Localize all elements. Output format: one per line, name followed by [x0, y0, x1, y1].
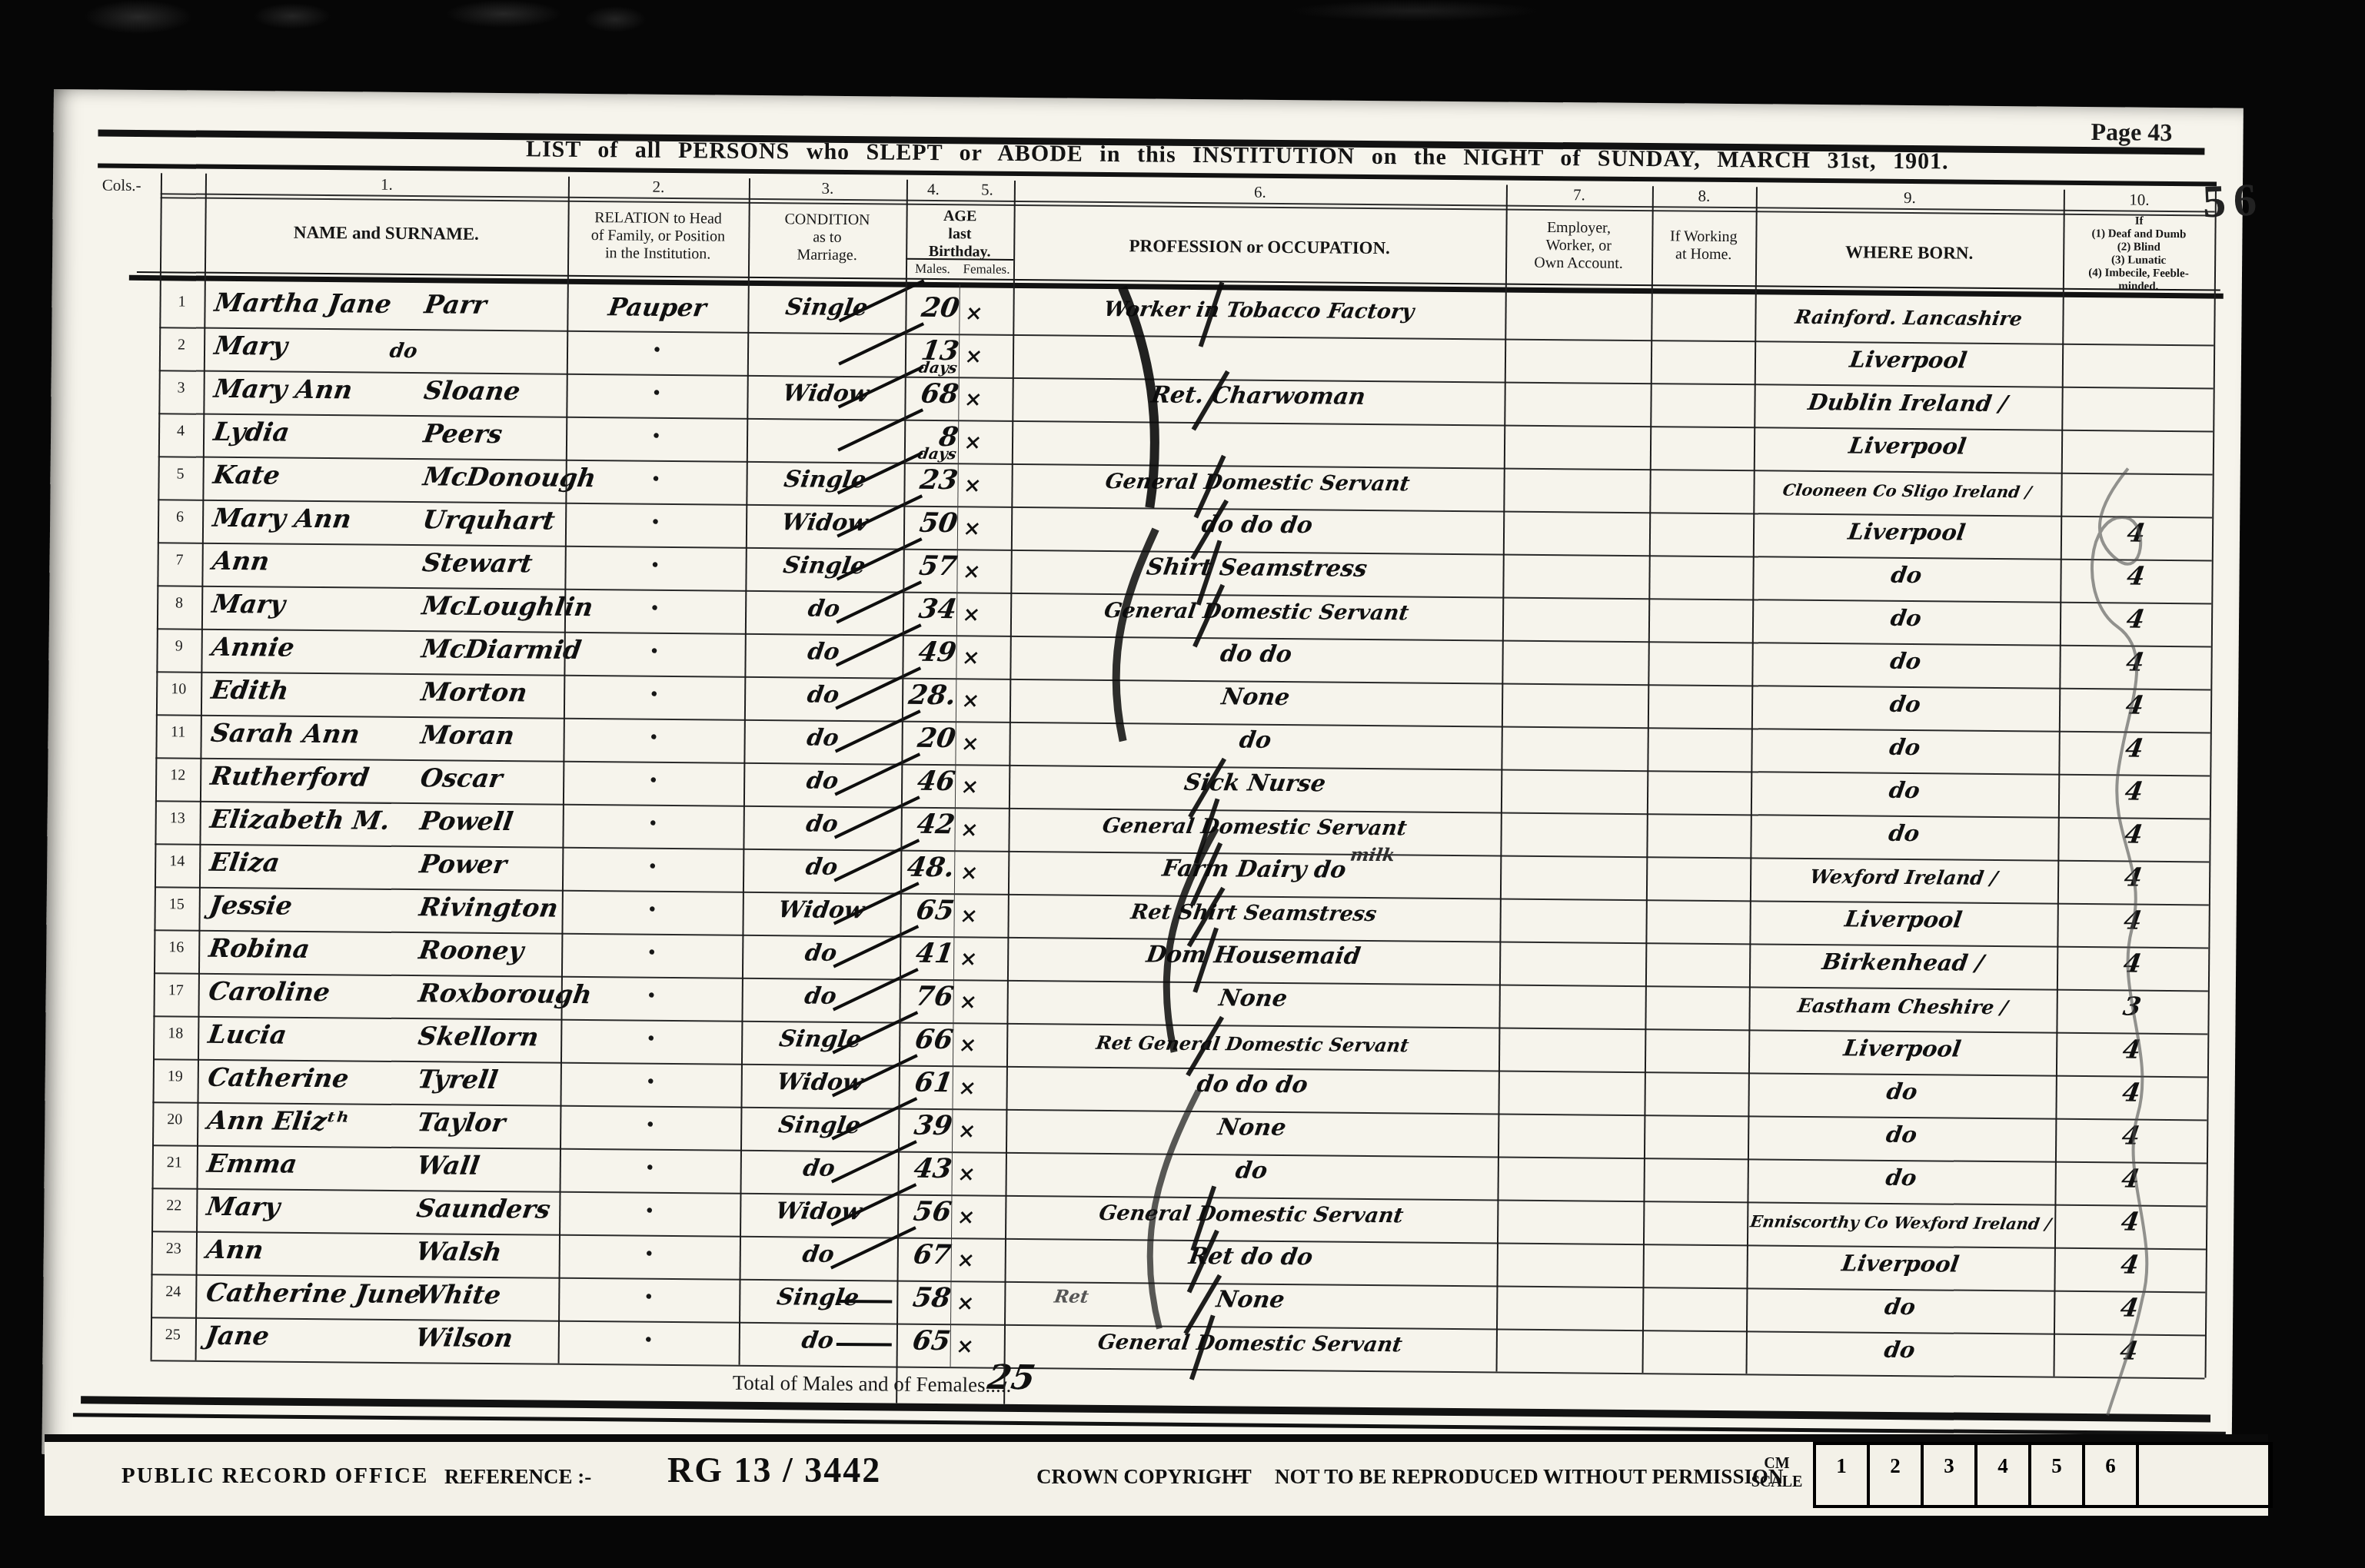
row-number: 15 — [155, 895, 199, 914]
age-value: 67 — [864, 1238, 953, 1271]
where-born-cell: do — [1751, 603, 2062, 632]
occupation-cell: Ret General Domestic Servant — [1005, 1031, 1500, 1058]
infirmity-cell: 4 — [2052, 1249, 2208, 1281]
occupation-cell: General Domestic Servant — [1009, 598, 1505, 626]
name-surname: Rooney — [417, 935, 525, 965]
cm-scale-cell: 2 — [1870, 1445, 1924, 1505]
name-given: Jessie — [208, 890, 294, 921]
where-born-cell: Wexford Ireland / — [1748, 865, 2059, 889]
age-value: 39 — [865, 1109, 954, 1141]
age-value: 65 — [863, 1324, 953, 1357]
age-value: 46 — [868, 765, 957, 797]
occupation-cell: Ret do do — [1003, 1241, 1498, 1273]
female-mark: × — [957, 990, 978, 1014]
relation-cell: · — [563, 804, 743, 842]
relation-cell: · — [566, 417, 747, 454]
age-value: 28. — [869, 679, 958, 711]
relation-cell: · — [558, 1321, 739, 1358]
occupation-cell: Sick Nurse — [1007, 768, 1503, 799]
infirmity-cell: 4 — [2057, 689, 2213, 721]
col-number-3: 3. — [749, 178, 906, 199]
row-number: 11 — [156, 723, 201, 742]
occupation-note: milk — [1349, 845, 1396, 865]
name-surname: Saunders — [414, 1193, 552, 1224]
name-surname: Urquhart — [421, 504, 557, 535]
relation-cell: · — [566, 374, 747, 411]
occupation-cell: Worker in Tobacco Factory — [1011, 297, 1507, 325]
relation-cell: · — [559, 1191, 740, 1229]
name-given: Elizabeth M. — [208, 804, 392, 835]
where-born-cell: do — [1749, 733, 2061, 761]
age-subheader-males: Males. — [906, 261, 960, 277]
name-given: Edith — [209, 675, 291, 706]
row-number: 12 — [155, 766, 200, 785]
age-value: 43 — [865, 1152, 954, 1184]
name-given: Ann — [205, 1234, 265, 1265]
occupation-cell: General Domestic Servant — [1006, 813, 1502, 842]
age-value: 49 — [870, 636, 959, 668]
relation-cell: · — [562, 847, 743, 885]
name-given: Mary Ann — [211, 503, 353, 534]
name-surname: Wilson — [414, 1322, 515, 1353]
col-number-7: 7. — [1506, 184, 1652, 205]
name-surname: Power — [417, 849, 509, 879]
row-number: 23 — [151, 1240, 196, 1258]
age-value: 50 — [870, 507, 960, 539]
name-given: Mary — [205, 1191, 281, 1222]
cm-scale-ruler: 123456 — [1813, 1442, 2273, 1508]
relation-cell: · — [560, 1062, 741, 1100]
col-number-5: 5. — [960, 180, 1014, 200]
row-number: 9 — [157, 637, 201, 656]
occupation-cell: Dom Housemaid — [1006, 940, 1502, 972]
where-born-cell: do — [1744, 1335, 2055, 1364]
female-mark: × — [963, 344, 984, 368]
col-header-infirmity: If (1) Deaf and Dumb (2) Blind (3) Lunat… — [2063, 214, 2215, 294]
row-number: 20 — [152, 1111, 197, 1129]
census-page-scan: Page 43 LIST of all PERSONS who SLEPT or… — [42, 89, 2244, 1473]
female-mark: × — [962, 517, 983, 540]
relation-cell: · — [564, 589, 745, 626]
age-value: 20 — [873, 291, 962, 324]
where-born-cell: Dublin Ireland / — [1752, 388, 2064, 417]
where-born-cell: Birkenhead / — [1748, 948, 2059, 976]
name-surname: Stewart — [421, 547, 534, 578]
occupation-cell: Shirt Seamstress — [1009, 553, 1505, 584]
name-surname: Peers — [421, 418, 504, 449]
name-given: Rutherford — [208, 761, 371, 792]
col-number-9: 9. — [1756, 187, 2064, 208]
name-surname: Taylor — [415, 1107, 507, 1138]
female-mark: × — [956, 1162, 976, 1186]
name-given: Catherine June — [204, 1277, 423, 1309]
col-header-name: NAME and SURNAME. — [205, 223, 567, 244]
female-mark: × — [961, 603, 982, 626]
female-mark: × — [955, 1248, 976, 1272]
occupation-cell: do do do — [1010, 510, 1505, 541]
female-mark: × — [958, 904, 979, 928]
col-header-relation: RELATION to Head of Family, or Position … — [567, 209, 749, 264]
occupation-cell: Farm Dairy do — [1006, 854, 1502, 885]
infirmity-cell: 4 — [2056, 819, 2212, 850]
row-number: 18 — [153, 1025, 198, 1043]
col-number-8: 8. — [1652, 186, 1756, 206]
infirmity-cell: 4 — [2054, 1034, 2210, 1065]
col-header-where-born: WHERE BORN. — [1755, 242, 2063, 262]
name-given: Emma — [205, 1148, 299, 1179]
occupation-cell: Ret Shirt Seamstress — [1006, 899, 1502, 928]
age-value: 61 — [866, 1066, 955, 1098]
relation-cell: · — [563, 718, 743, 756]
name-surname: Morton — [419, 676, 529, 707]
name-given: Lucia — [206, 1019, 288, 1050]
row-number: 4 — [158, 422, 203, 440]
female-mark: × — [963, 301, 984, 325]
where-born-cell: Liverpool — [1752, 431, 2064, 460]
relation-cell: · — [562, 890, 743, 928]
relation-cell: · — [564, 546, 745, 583]
relation-cell: · — [565, 460, 746, 497]
col-number-1: 1. — [205, 174, 568, 196]
female-mark: × — [962, 473, 983, 497]
row-number: 24 — [151, 1283, 195, 1301]
occupation-cell: do — [1003, 1155, 1499, 1187]
col-number-2: 2. — [568, 177, 749, 198]
where-born-cell: Liverpool — [1747, 1034, 2058, 1062]
female-mark: × — [963, 387, 983, 411]
name-surname: Oscar — [418, 762, 504, 793]
name-surname: Skellorn — [416, 1021, 541, 1051]
row-number: 1 — [159, 293, 204, 311]
infirmity-cell: 4 — [2057, 603, 2214, 635]
infirmity-cell: 4 — [2051, 1292, 2207, 1324]
name-given: Martha Jane — [213, 287, 394, 319]
where-born-cell: Clooneen Co Sligo Ireland / — [1752, 480, 2063, 501]
female-mark: × — [954, 1334, 975, 1358]
name-surname: do — [388, 340, 419, 363]
age-value: 65 — [867, 894, 956, 926]
name-given: Kate — [211, 460, 282, 490]
col-number-10: 10. — [2064, 190, 2215, 211]
infirmity-cell: 4 — [2058, 560, 2214, 592]
occupation-cell: None — [1004, 1112, 1500, 1144]
occupation-cell: do do — [1008, 639, 1504, 670]
where-born-cell: Rainford. Lancashire — [1753, 305, 2064, 330]
reference-label: REFERENCE :- — [444, 1465, 591, 1489]
relation-cell: · — [560, 1148, 740, 1186]
scan-artifact-blob — [254, 3, 331, 29]
relation-cell: · — [567, 331, 747, 368]
occupation-cell: General Domestic Servant — [1010, 469, 1505, 497]
col-header-occupation: PROFESSION or OCCUPATION. — [1013, 236, 1505, 258]
female-mark: × — [959, 818, 980, 842]
infirmity-cell: 4 — [2055, 905, 2211, 936]
name-surname: White — [414, 1279, 503, 1310]
name-surname: Wall — [415, 1150, 481, 1181]
name-given: Ann — [211, 546, 271, 576]
infirmity-cell: 3 — [2054, 991, 2210, 1022]
age-value: 20 — [869, 722, 958, 754]
row-number: 13 — [155, 809, 200, 828]
female-mark: × — [955, 1291, 976, 1315]
scan-artifact-blob — [446, 0, 561, 28]
name-given: Mary Ann — [212, 374, 354, 405]
name-given: Caroline — [207, 976, 332, 1007]
name-surname: Walsh — [414, 1236, 504, 1267]
relation-cell: · — [560, 1105, 740, 1143]
occupation-cell: do do do — [1004, 1069, 1500, 1101]
row-number: 3 — [159, 379, 204, 397]
relation-cell: · — [563, 761, 743, 799]
cols-label: Cols.- — [102, 176, 141, 195]
age-value: 56 — [864, 1195, 953, 1227]
occupation-cell: None — [1005, 983, 1501, 1015]
name-given: Robina — [207, 933, 311, 964]
row-number: 10 — [156, 680, 201, 699]
row-number: 5 — [158, 465, 203, 483]
row-number: 8 — [157, 594, 201, 613]
occupation-cell: General Domestic Servant — [1003, 1330, 1498, 1358]
col-header-working-at-home: If Working at Home. — [1652, 228, 1755, 264]
row-number: 22 — [151, 1197, 196, 1215]
where-born-cell: do — [1751, 560, 2062, 589]
female-mark: × — [959, 861, 980, 885]
relation-cell: · — [565, 503, 746, 540]
name-given: Catherine — [206, 1062, 351, 1094]
where-born-cell: do — [1746, 1120, 2057, 1148]
age-subheader-females: Females. — [960, 261, 1013, 277]
infirmity-cell: 4 — [2052, 1206, 2208, 1237]
female-mark: × — [956, 1076, 977, 1100]
margin-sequence-number: 56 — [2201, 173, 2265, 228]
where-born-cell: do — [1750, 646, 2061, 675]
relation-cell: · — [559, 1234, 740, 1272]
female-mark: × — [956, 1119, 977, 1143]
where-born-cell: do — [1746, 1077, 2057, 1105]
female-mark: × — [957, 1033, 978, 1057]
cm-scale-cell: 5 — [2031, 1445, 2085, 1505]
where-born-cell: Liverpool — [1745, 1249, 2056, 1277]
age-value: 66 — [866, 1023, 955, 1055]
female-mark: × — [960, 732, 980, 756]
female-mark: × — [960, 689, 981, 713]
occupation-cell: General Domestic Servant — [1003, 1201, 1499, 1229]
where-born-cell: Enniscorthy Co Wexford Ireland / — [1745, 1211, 2056, 1233]
where-born-cell: Liverpool — [1752, 345, 2064, 374]
female-mark: × — [963, 430, 983, 454]
female-mark: × — [961, 560, 982, 583]
age-value: 76 — [867, 980, 956, 1012]
age-value: 23 — [871, 463, 960, 496]
cm-scale-cell: 4 — [1977, 1445, 2031, 1505]
relation-cell: · — [560, 1019, 741, 1057]
row-number: 19 — [153, 1068, 198, 1086]
female-mark: × — [960, 775, 980, 799]
infirmity-cell: 4 — [2054, 1077, 2210, 1108]
infirmity-cell: 4 — [2056, 776, 2212, 807]
scan-artifact-blob — [584, 6, 646, 32]
name-surname: Tyrell — [416, 1064, 500, 1095]
name-given: Annie — [210, 632, 297, 663]
infirmity-cell: 4 — [2053, 1163, 2209, 1194]
where-born-cell: Liverpool — [1751, 517, 2063, 546]
col-header-employer: Employer, Worker, or Own Account. — [1505, 218, 1652, 273]
name-given: Lydia — [211, 417, 291, 447]
col-header-condition: CONDITION as to Marriage. — [748, 211, 906, 265]
row-number: 14 — [155, 852, 199, 871]
reproduction-notice: NOT TO BE REPRODUCED WITHOUT PERMISSION — [1275, 1465, 1783, 1489]
infirmity-cell: 4 — [2057, 733, 2213, 764]
infirmity-cell: 4 — [2057, 646, 2214, 678]
where-born-cell: do — [1750, 689, 2061, 718]
occupation-cell: None — [1008, 682, 1504, 713]
scan-artifact-blob — [85, 0, 192, 34]
where-born-cell: do — [1745, 1163, 2057, 1191]
reference-number: RG 13 / 3442 — [667, 1450, 881, 1490]
occupation-note: Ret — [1053, 1286, 1089, 1307]
name-given: Ann Elizᵗʰ — [205, 1105, 351, 1137]
record-office-label: PUBLIC RECORD OFFICE — [121, 1463, 428, 1489]
row-number: 16 — [154, 938, 198, 957]
total-value: 25 — [955, 1357, 1069, 1397]
age-value: 58 — [863, 1281, 953, 1314]
where-born-cell: do — [1745, 1292, 2056, 1321]
row-number: 7 — [158, 551, 202, 570]
relation-cell: Pauper — [565, 292, 750, 323]
relation-cell: · — [564, 675, 744, 713]
name-given: Eliza — [208, 847, 281, 878]
female-mark: × — [960, 646, 981, 669]
total-label: Total of Males and of Females..... — [473, 1369, 1011, 1397]
cm-scale-cell-empty — [2139, 1445, 2270, 1505]
relation-cell: · — [558, 1277, 739, 1315]
name-surname: Sloane — [422, 375, 523, 406]
row-number: 2 — [159, 336, 204, 354]
age-value: 42 — [868, 808, 957, 840]
age-value: 41 — [867, 937, 956, 969]
reference-bar: PUBLIC RECORD OFFICE REFERENCE :- RG 13 … — [45, 1434, 2268, 1516]
name-given: Sarah Ann — [209, 718, 362, 749]
infirmity-cell: 4 — [2051, 1335, 2207, 1367]
name-surname: Powell — [418, 806, 515, 836]
where-born-cell: do — [1748, 819, 2060, 847]
relation-cell: · — [564, 632, 744, 669]
name-surname: Parr — [423, 289, 489, 320]
separator-dash: - — [1235, 1462, 1242, 1488]
col-number-4: 4. — [906, 180, 960, 200]
scan-artifact-blob — [1292, 0, 1538, 22]
age-value: 68 — [872, 377, 961, 410]
row-number: 17 — [154, 982, 198, 1000]
infirmity-cell: 4 — [2055, 862, 2211, 893]
name-surname: Rivington — [417, 892, 560, 923]
name-given: Mary — [212, 331, 289, 361]
infirmity-cell: 4 — [2058, 517, 2214, 549]
occupation-cell: Ret. Charwoman — [1010, 380, 1506, 412]
name-given: Mary — [210, 589, 287, 620]
col-header-age: AGE last Birthday. — [906, 208, 1014, 261]
table-body: 1Martha JaneParrPauperSingle20×Worker in… — [54, 89, 2244, 108]
infirmity-cell: 4 — [2053, 1120, 2209, 1151]
crown-copyright-label: CROWN COPYRIGHT — [1036, 1465, 1252, 1489]
cm-scale-cell: 6 — [2085, 1445, 2139, 1505]
age-value: 34 — [870, 593, 959, 625]
cm-scale-cell: 1 — [1816, 1445, 1870, 1505]
row-number: 21 — [152, 1154, 197, 1172]
infirmity-cell: 4 — [2054, 948, 2210, 979]
row-number: 6 — [158, 508, 202, 527]
relation-cell: · — [561, 933, 742, 971]
age-value: 48. — [867, 851, 956, 883]
female-mark: × — [958, 947, 979, 971]
occupation-cell: do — [1007, 725, 1503, 756]
name-given: Jane — [204, 1321, 271, 1351]
where-born-cell: Eastham Cheshire / — [1748, 994, 2058, 1018]
cm-scale-cell: 3 — [1924, 1445, 1977, 1505]
row-number: 25 — [151, 1326, 195, 1344]
relation-cell: · — [561, 976, 742, 1014]
page-number-label: Page 43 — [2091, 118, 2244, 148]
name-surname: McDiarmid — [420, 633, 584, 665]
female-mark: × — [956, 1205, 976, 1229]
name-surname: Moran — [419, 719, 517, 750]
where-born-cell: do — [1749, 776, 2061, 804]
age-value: 57 — [870, 550, 960, 582]
where-born-cell: Liverpool — [1748, 905, 2059, 933]
cm-scale-label: CM SCALE — [1750, 1454, 1804, 1491]
